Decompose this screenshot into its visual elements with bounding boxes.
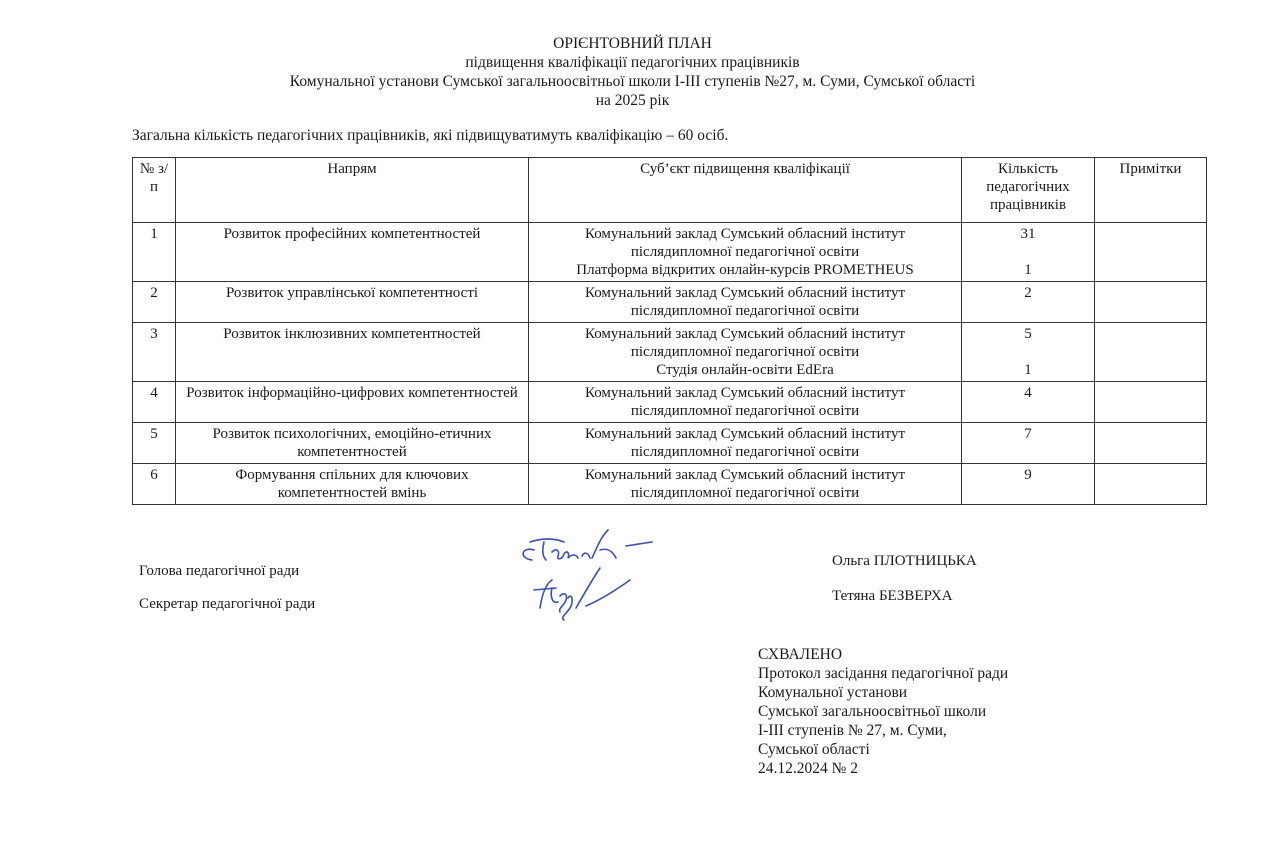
- header-number: № з/п: [133, 158, 176, 223]
- row-count: 2: [962, 282, 1095, 323]
- table-row: 3Розвиток інклюзивних компетентностейКом…: [133, 323, 1207, 382]
- count-value: 4: [965, 384, 1091, 402]
- subject-line: Студія онлайн-освіти EdEra: [532, 361, 958, 379]
- row-number: 2: [133, 282, 176, 323]
- row-notes: [1095, 323, 1207, 382]
- subject-line: Комунальний заклад Сумський обласний інс…: [532, 225, 958, 243]
- header-notes: Примітки: [1095, 158, 1207, 223]
- approved-label: СХВАЛЕНО: [758, 645, 1008, 664]
- qualification-plan-table: № з/п Напрям Суб’єкт підвищення кваліфік…: [132, 157, 1207, 505]
- row-subject: Комунальний заклад Сумський обласний інс…: [529, 282, 962, 323]
- approval-line: І-ІІІ ступенів № 27, м. Суми,: [758, 721, 1008, 740]
- row-notes: [1095, 423, 1207, 464]
- approval-line: Протокол засідання педагогічної ради: [758, 664, 1008, 683]
- subject-line: Комунальний заклад Сумський обласний інс…: [532, 284, 958, 302]
- table-row: 6Формування спільних для ключових компет…: [133, 464, 1207, 505]
- count-value: 9: [965, 466, 1091, 484]
- document-subtitle: підвищення кваліфікації педагогічних пра…: [0, 53, 1265, 72]
- approval-block: СХВАЛЕНО Протокол засідання педагогічної…: [758, 645, 1008, 778]
- row-count: 4: [962, 382, 1095, 423]
- row-subject: Комунальний заклад Сумський обласний інс…: [529, 464, 962, 505]
- count-value: [965, 243, 1091, 261]
- row-subject: Комунальний заклад Сумський обласний інс…: [529, 423, 962, 464]
- row-number: 4: [133, 382, 176, 423]
- row-subject: Комунальний заклад Сумський обласний інс…: [529, 382, 962, 423]
- header-count: Кількість педагогічних працівників: [962, 158, 1095, 223]
- subject-line: післядипломної педагогічної освіти: [532, 343, 958, 361]
- row-count: 9: [962, 464, 1095, 505]
- header-subject: Суб’єкт підвищення кваліфікації: [529, 158, 962, 223]
- row-number: 5: [133, 423, 176, 464]
- row-subject: Комунальний заклад Сумський обласний інс…: [529, 323, 962, 382]
- subject-line: післядипломної педагогічної освіти: [532, 484, 958, 502]
- row-subject: Комунальний заклад Сумський обласний інс…: [529, 223, 962, 282]
- row-count: 311: [962, 223, 1095, 282]
- document-title: ОРІЄНТОВНИЙ ПЛАН: [0, 34, 1265, 53]
- total-count-statement: Загальна кількість педагогічних працівни…: [132, 127, 728, 145]
- row-count: 7: [962, 423, 1095, 464]
- row-notes: [1095, 223, 1207, 282]
- row-direction: Розвиток професійних компетентностей: [176, 223, 529, 282]
- approval-line: Комунальної установи: [758, 683, 1008, 702]
- subject-line: Платформа відкритих онлайн-курсів PROMET…: [532, 261, 958, 279]
- subject-line: післядипломної педагогічної освіти: [532, 443, 958, 461]
- handwritten-signatures: [512, 528, 722, 623]
- subject-line: післядипломної педагогічної освіти: [532, 243, 958, 261]
- plan-year: на 2025 рік: [0, 91, 1265, 110]
- table-row: 2Розвиток управлінської компетентностіКо…: [133, 282, 1207, 323]
- subject-line: Комунальний заклад Сумський обласний інс…: [532, 466, 958, 484]
- count-value: 1: [965, 261, 1091, 279]
- row-direction: Розвиток інклюзивних компетентностей: [176, 323, 529, 382]
- count-value: [965, 343, 1091, 361]
- table-row: 5Розвиток психологічних, емоційно-етични…: [133, 423, 1207, 464]
- row-notes: [1095, 382, 1207, 423]
- count-value: 1: [965, 361, 1091, 379]
- row-direction: Формування спільних для ключових компете…: [176, 464, 529, 505]
- row-number: 3: [133, 323, 176, 382]
- table-header-row: № з/п Напрям Суб’єкт підвищення кваліфік…: [133, 158, 1207, 223]
- table-row: 1Розвиток професійних компетентностейКом…: [133, 223, 1207, 282]
- secretary-name: Тетяна БЕЗВЕРХА: [832, 588, 953, 605]
- approval-line: Сумської загальноосвітньої школи: [758, 702, 1008, 721]
- head-name: Ольга ПЛОТНИЦЬКА: [832, 553, 977, 570]
- header-direction: Напрям: [176, 158, 529, 223]
- count-value: 5: [965, 325, 1091, 343]
- row-direction: Розвиток психологічних, емоційно-етичних…: [176, 423, 529, 464]
- count-value: 7: [965, 425, 1091, 443]
- subject-line: Комунальний заклад Сумський обласний інс…: [532, 384, 958, 402]
- row-number: 6: [133, 464, 176, 505]
- row-count: 51: [962, 323, 1095, 382]
- row-direction: Розвиток інформаційно-цифрових компетент…: [176, 382, 529, 423]
- table-row: 4Розвиток інформаційно-цифрових компетен…: [133, 382, 1207, 423]
- count-value: 2: [965, 284, 1091, 302]
- count-value: 31: [965, 225, 1091, 243]
- institution-name: Комунальної установи Сумської загальноос…: [0, 72, 1265, 91]
- row-direction: Розвиток управлінської компетентності: [176, 282, 529, 323]
- subject-line: Комунальний заклад Сумський обласний інс…: [532, 425, 958, 443]
- row-number: 1: [133, 223, 176, 282]
- approval-line: Сумської області: [758, 740, 1008, 759]
- row-notes: [1095, 282, 1207, 323]
- approval-date: 24.12.2024 № 2: [758, 759, 1008, 778]
- row-notes: [1095, 464, 1207, 505]
- subject-line: післядипломної педагогічної освіти: [532, 402, 958, 420]
- subject-line: Комунальний заклад Сумський обласний інс…: [532, 325, 958, 343]
- subject-line: післядипломної педагогічної освіти: [532, 302, 958, 320]
- document-header: ОРІЄНТОВНИЙ ПЛАН підвищення кваліфікації…: [0, 34, 1265, 110]
- head-role-label: Голова педагогічної ради: [139, 563, 299, 580]
- secretary-role-label: Секретар педагогічної ради: [139, 596, 315, 613]
